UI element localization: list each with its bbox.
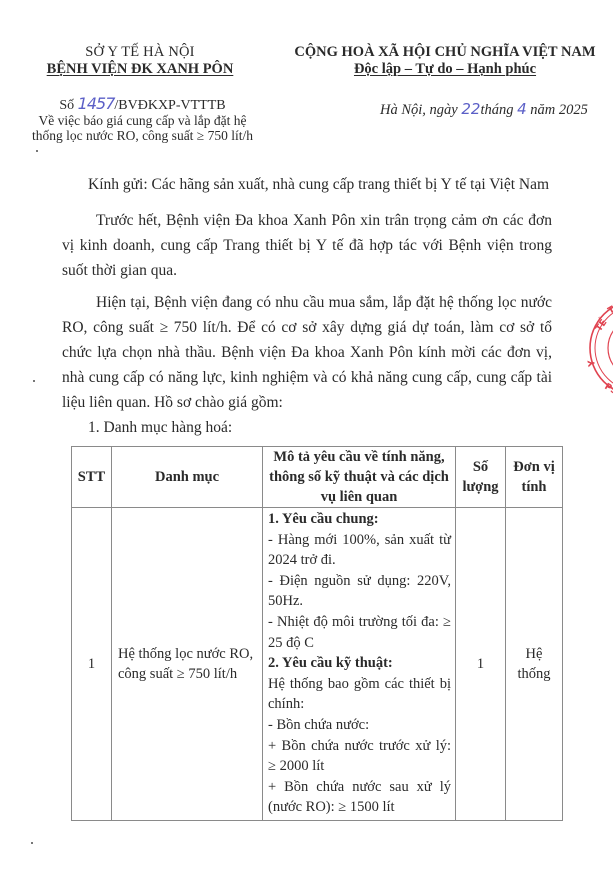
description-line: - Bồn chứa nước: [268, 715, 451, 736]
doc-number-suffix: /BVĐKXP-VTTTB [114, 98, 225, 113]
description-section-2-title: 2. Yêu cầu kỹ thuật: [268, 653, 451, 674]
doc-number-handwritten: 1457 [78, 94, 115, 113]
description-line: - Hàng mới 100%, sản xuất từ 2024 trở đi… [268, 530, 451, 571]
description-line: Hệ thống bao gồm các thiết bị chính: [268, 674, 451, 715]
cell-description: 1. Yêu cầu chung: - Hàng mới 100%, sản x… [263, 508, 456, 821]
column-header-item: Danh mục [112, 447, 263, 508]
column-header-stt: STT [72, 447, 112, 508]
request-paragraph: Hiện tại, Bệnh viện đang có nhu cầu mua … [62, 290, 552, 415]
issuer-header: SỞ Y TẾ HÀ NỘI BỆNH VIỆN ĐK XANH PÔN [20, 44, 260, 78]
subject-line-1: Về việc báo giá cung cấp và lắp đặt hệ [10, 113, 275, 128]
description-line: + Bồn chứa nước sau xử lý (nước RO): ≥ 1… [268, 777, 451, 818]
national-title: CỘNG HOÀ XÃ HỘI CHỦ NGHĨA VIỆT NAM [285, 44, 605, 61]
cell-item: Hệ thống lọc nước RO, công suất ≥ 750 lí… [112, 508, 263, 821]
national-header: CỘNG HOÀ XÃ HỘI CHỦ NGHĨA VIỆT NAM Độc l… [285, 44, 605, 78]
national-motto: Độc lập – Tự do – Hạnh phúc [285, 61, 605, 78]
ministry-name: SỞ Y TẾ HÀ NỘI [20, 44, 260, 61]
date-prefix: Hà Nội, ngày [380, 102, 461, 118]
table-header-row: STT Danh mục Mô tả yêu cầu về tính năng,… [72, 447, 563, 508]
svg-text:PS: PS [603, 382, 613, 397]
cell-unit: Hệ thống [506, 508, 563, 821]
greeting-line: Kính gửi: Các hãng sản xuất, nhà cung cấ… [88, 176, 549, 194]
scan-speck [33, 380, 35, 382]
table-row: 1 Hệ thống lọc nước RO, công suất ≥ 750 … [72, 508, 563, 821]
column-header-description: Mô tả yêu cầu về tính năng, thông số kỹ … [263, 447, 456, 508]
date-month-label: tháng [480, 102, 517, 118]
intro-paragraph: Trước hết, Bệnh viện Đa khoa Xanh Pôn xi… [62, 208, 552, 283]
column-header-unit: Đơn vị tính [506, 447, 563, 508]
date-year: năm 2025 [527, 102, 588, 118]
date-month-handwritten: 4 [517, 100, 527, 118]
scan-speck [31, 842, 33, 844]
date-day-handwritten: 22 [461, 100, 480, 118]
column-header-quantity: Số lượng [456, 447, 506, 508]
subject-line-2: thống lọc nước RO, công suất ≥ 750 lít/h [10, 128, 275, 143]
cell-stt: 1 [72, 508, 112, 821]
official-stamp-icon: TẾ TH Y PS Đ [586, 296, 613, 406]
description-line: - Nhiệt độ môi trường tối đa: ≥ 25 độ C [268, 612, 451, 653]
date-line: Hà Nội, ngày 22tháng 4 năm 2025 [380, 100, 610, 119]
document-subject: Về việc báo giá cung cấp và lắp đặt hệ t… [10, 113, 275, 143]
hospital-name: BỆNH VIỆN ĐK XANH PÔN [20, 61, 260, 78]
svg-text:Y: Y [587, 359, 598, 369]
document-number: Số 1457/BVĐKXP-VTTTB [10, 96, 275, 114]
cell-quantity: 1 [456, 508, 506, 821]
description-section-1-title: 1. Yêu cầu chung: [268, 509, 451, 530]
description-line: + Bồn chứa nước trước xử lý: ≥ 2000 lít [268, 736, 451, 777]
scan-speck [36, 150, 38, 152]
description-line: - Điện nguồn sử dụng: 220V, 50Hz. [268, 571, 451, 612]
goods-list-heading: 1. Danh mục hàng hoá: [88, 419, 232, 437]
goods-table: STT Danh mục Mô tả yêu cầu về tính năng,… [71, 446, 563, 821]
svg-text:TH: TH [607, 301, 613, 316]
doc-number-prefix: Số [59, 98, 77, 113]
